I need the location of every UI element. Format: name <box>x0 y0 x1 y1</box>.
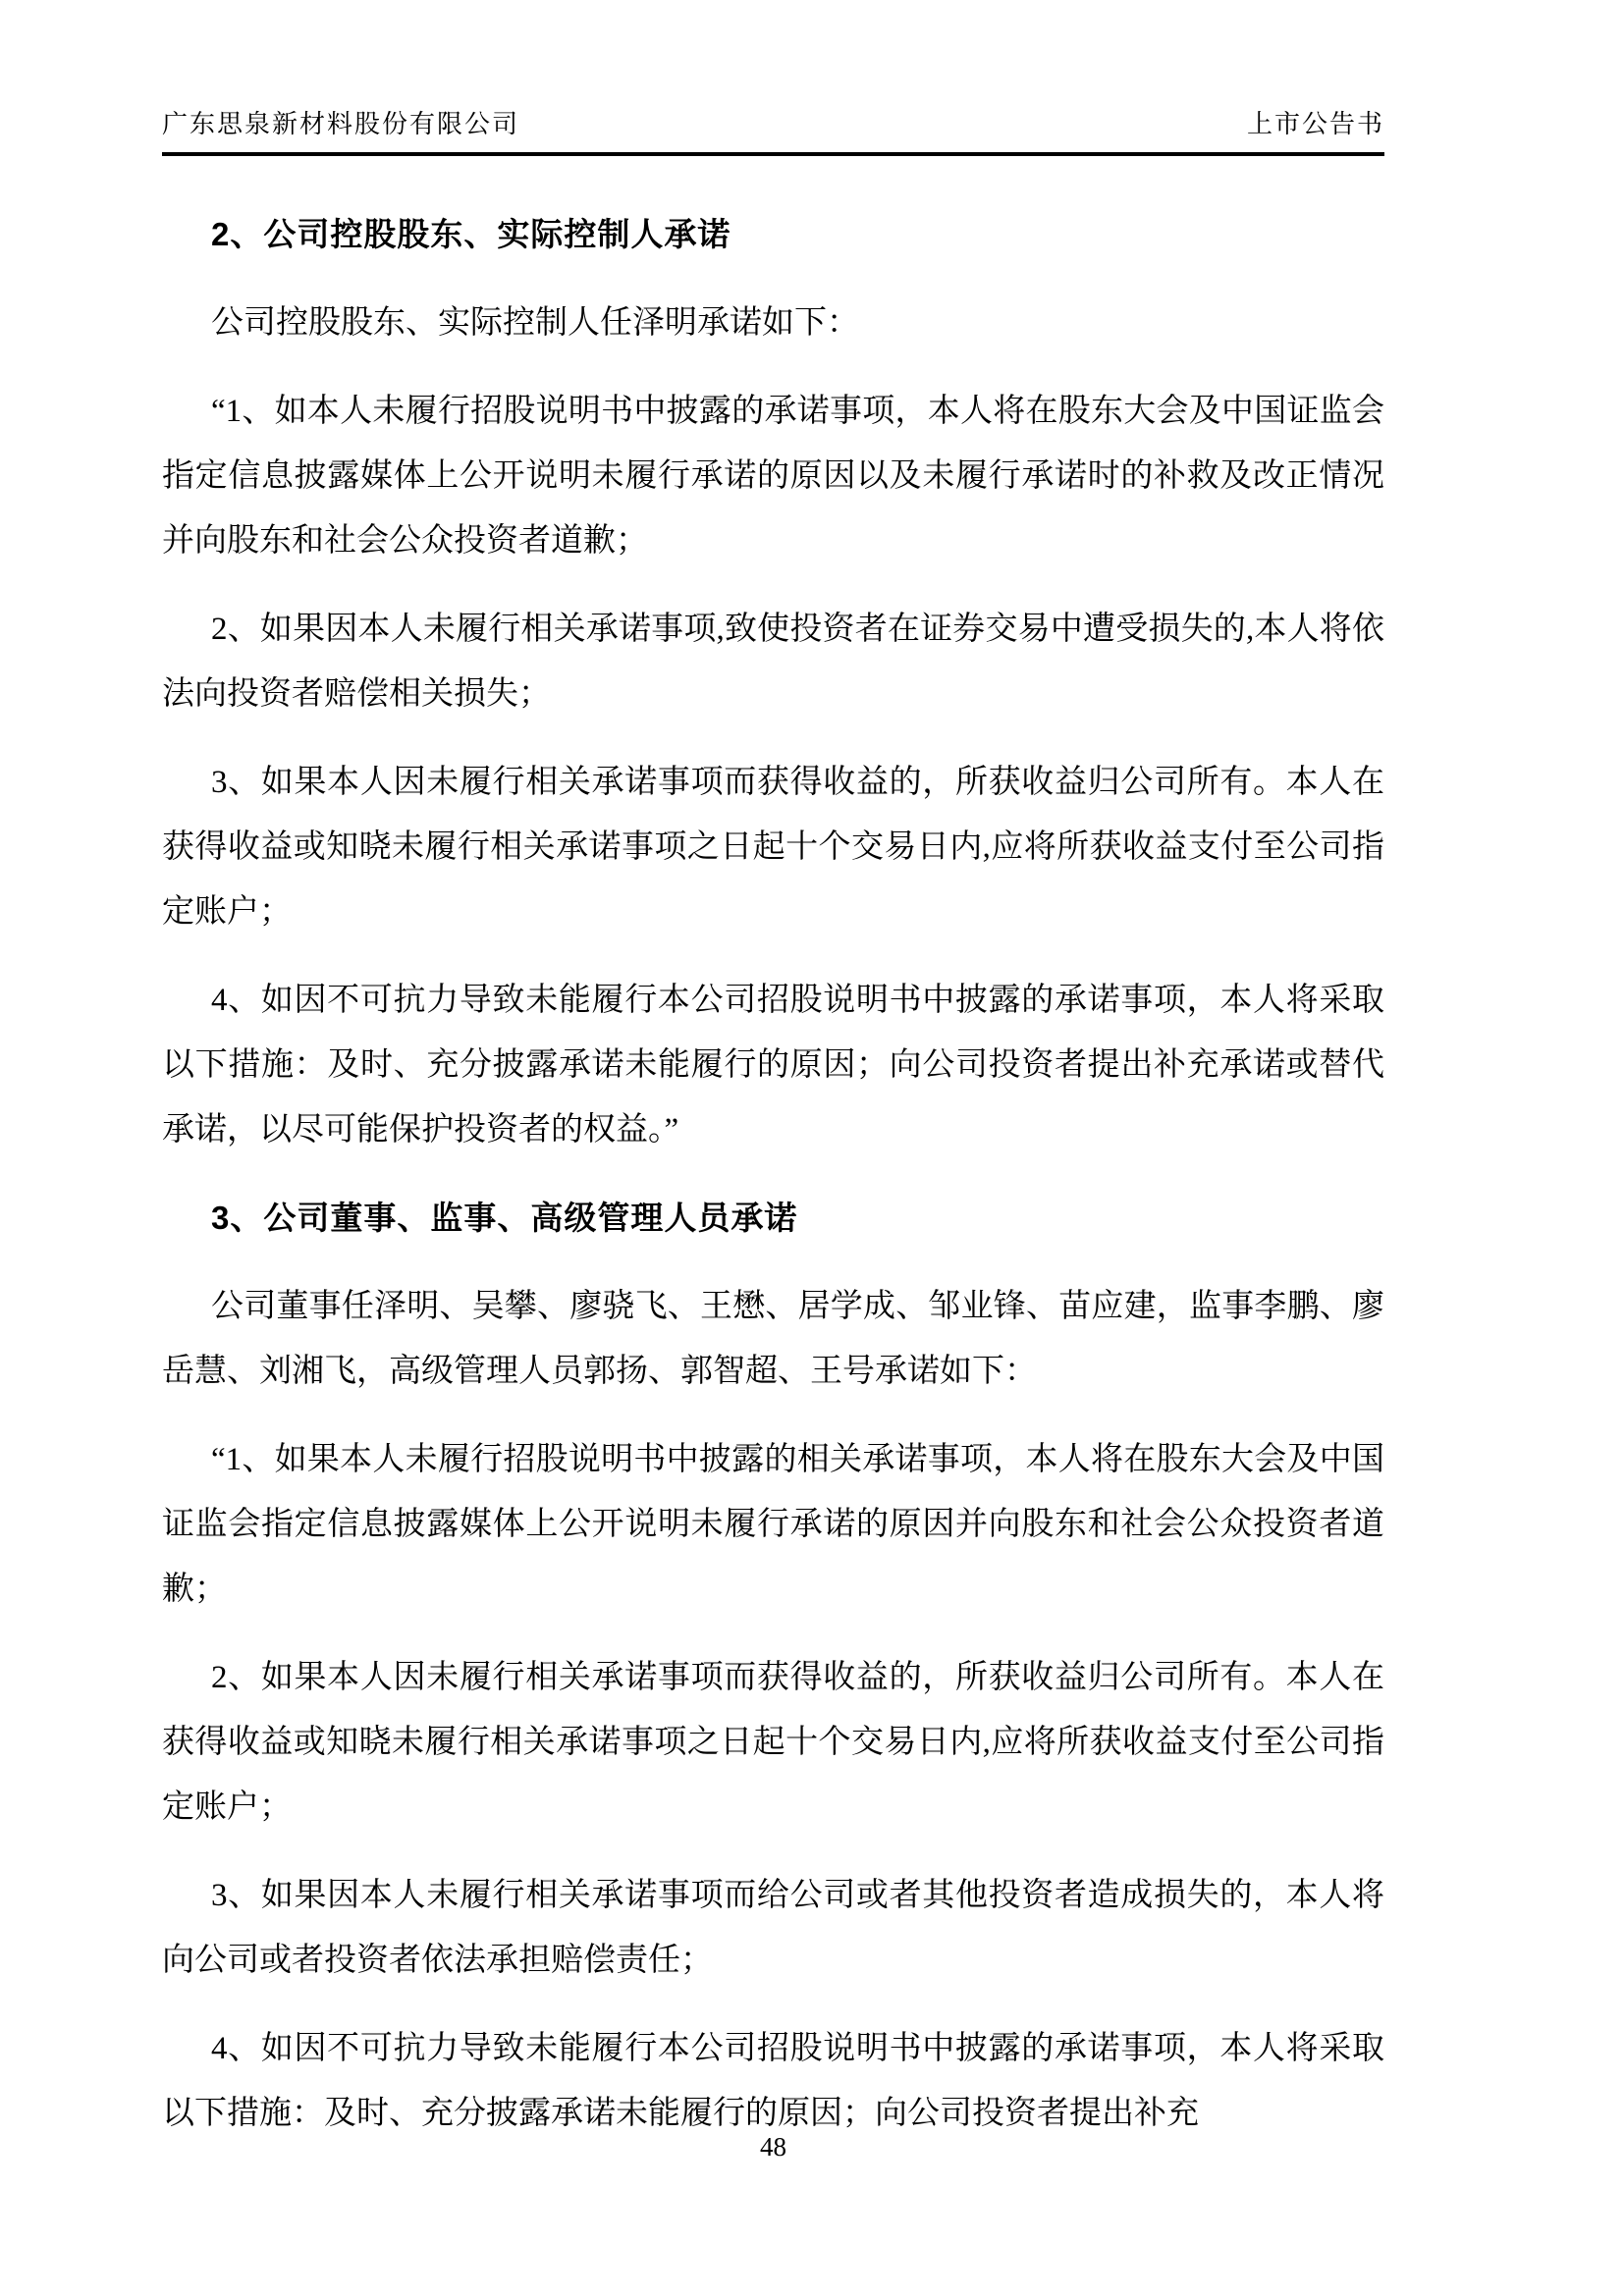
page-number: 48 <box>760 2132 786 2162</box>
section-heading-controlling-shareholder: 2、公司控股股东、实际控制人承诺 <box>162 202 1384 267</box>
paragraph-director-commitment-1: “1、如果本人未履行招股说明书中披露的相关承诺事项，本人将在股东大会及中国证监会… <box>162 1427 1384 1622</box>
section-heading-directors-supervisors: 3、公司董事、监事、高级管理人员承诺 <box>162 1186 1384 1251</box>
page-header: 广东思泉新材料股份有限公司 上市公告书 <box>162 104 1384 156</box>
paragraph-commitment-1: “1、如本人未履行招股说明书中披露的承诺事项，本人将在股东大会及中国证监会指定信… <box>162 379 1384 573</box>
document-page: 广东思泉新材料股份有限公司 上市公告书 2、公司控股股东、实际控制人承诺 公司控… <box>0 0 1624 2296</box>
document-body: 2、公司控股股东、实际控制人承诺 公司控股股东、实际控制人任泽明承诺如下： “1… <box>162 192 1384 2169</box>
paragraph-director-commitment-4: 4、如因不可抗力导致未能履行本公司招股说明书中披露的承诺事项，本人将采取以下措施… <box>162 2016 1384 2146</box>
header-company-name: 广东思泉新材料股份有限公司 <box>162 104 519 140</box>
paragraph-director-commitment-3: 3、如果因本人未履行相关承诺事项而给公司或者其他投资者造成损失的，本人将向公司或… <box>162 1863 1384 1993</box>
paragraph-commitment-3: 3、如果本人因未履行相关承诺事项而获得收益的，所获收益归公司所有。本人在获得收益… <box>162 750 1384 944</box>
paragraph-intro-controlling-shareholder: 公司控股股东、实际控制人任泽明承诺如下： <box>162 291 1384 355</box>
paragraph-director-commitment-2: 2、如果本人因未履行相关承诺事项而获得收益的，所获收益归公司所有。本人在获得收益… <box>162 1645 1384 1840</box>
header-doc-type: 上市公告书 <box>1247 104 1384 140</box>
paragraph-commitment-4: 4、如因不可抗力导致未能履行本公司招股说明书中披露的承诺事项，本人将采取以下措施… <box>162 968 1384 1162</box>
paragraph-intro-directors: 公司董事任泽明、吴攀、廖骁飞、王懋、居学成、邹业锋、苗应建，监事李鹏、廖岳慧、刘… <box>162 1274 1384 1404</box>
page-footer: 48 <box>162 2132 1384 2163</box>
paragraph-commitment-2: 2、如果因本人未履行相关承诺事项,致使投资者在证券交易中遭受损失的,本人将依法向… <box>162 597 1384 726</box>
